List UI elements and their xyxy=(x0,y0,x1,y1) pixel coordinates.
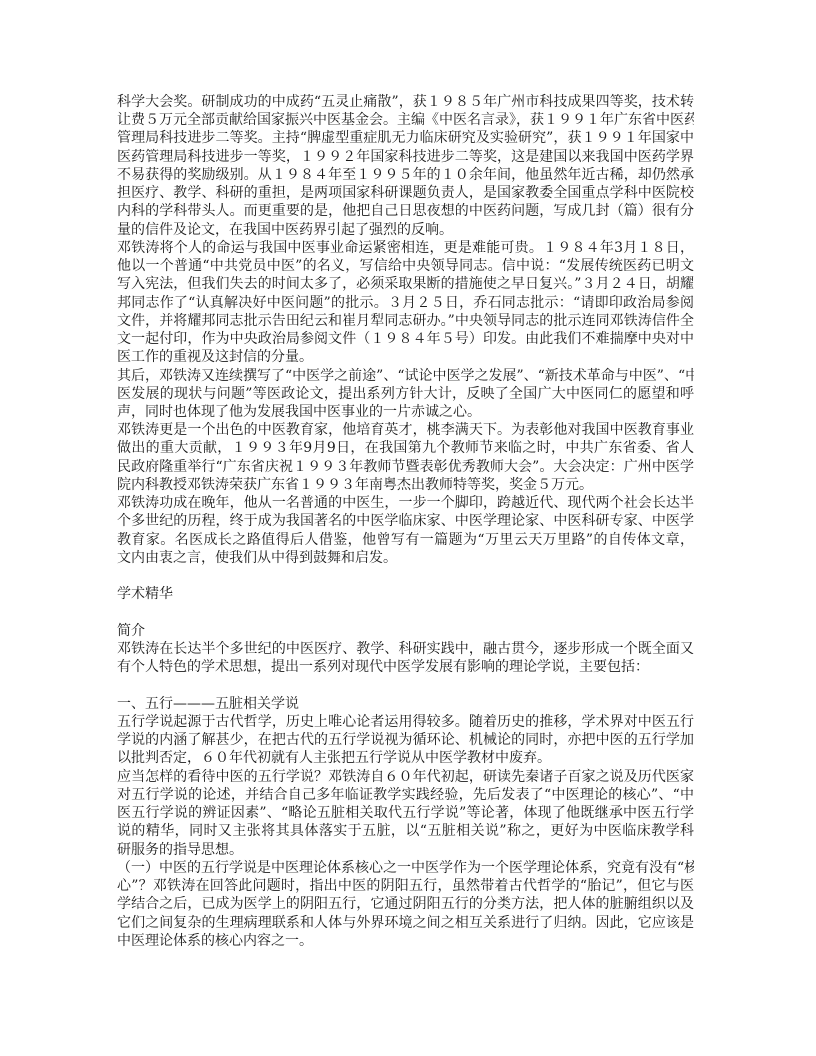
paragraph-wuxing-core: （一）中医的五行学说是中医理论体系核心之一中医学作为一个医学理论体系，究竟有没有… xyxy=(117,859,694,950)
text-line: 民政府隆重举行“广东省庆祝１９９３年教师节暨表彰优秀教师大会”。大会决定：广州中… xyxy=(117,458,694,476)
text-line: 教育家。名医成长之路值得后人借鉴，他曾写有一篇题为“万里云天万里路”的自传体文章… xyxy=(117,531,694,549)
text-line: 医药管理局科技进步一等奖，１９９２年国家科技进步二等奖，这是建国以来我国中医药学… xyxy=(117,148,694,166)
paragraph-wuxing-view: 应当怎样的看待中医的五行学说？邓铁涛自６０年代初起，研读先秦诸子百家之说及历代医… xyxy=(117,768,694,859)
text-line: 邓铁涛更是一个出色的中医教育家，他培育英才，桃李满天下。为表彰他对我国中医教育事… xyxy=(117,421,694,439)
text-line: 邦同志作了“认真解决好中医问题”的批示。３月２５日，乔石同志批示：“请即印政治局… xyxy=(117,294,694,312)
text-line: 研服务的指导思想。 xyxy=(117,841,694,859)
text-line: 医发展的现状与问题”等医政论文，提出系列方针大计，反映了全国广大中医同仁的愿望和… xyxy=(117,385,694,403)
paragraph-late-years: 邓铁涛功成在晚年，他从一名普通的中医生，一步一个脚印，跨越近代、现代两个社会长达… xyxy=(117,494,694,567)
text-line: 医工作的重视及这封信的分量。 xyxy=(117,348,694,366)
text-line: （一）中医的五行学说是中医理论体系核心之一中医学作为一个医学理论体系，究竟有没有… xyxy=(117,859,694,877)
text-line: 声，同时也体现了他为发展我国中医事业的一片赤诚之心。 xyxy=(117,403,694,421)
text-line: 不易获得的奖励级别。从１９８４年至１９９５年的１０余年间，他虽然年近古稀，却仍然… xyxy=(117,166,694,184)
text-line: 以批判否定，６０年代初就有人主张把五行学说从中医学教材中废弃。 xyxy=(117,749,694,767)
text-line: 他以一个普通“中共党员中医”的名义，写信给中央领导同志。信中说：“发展传统医药已… xyxy=(117,257,694,275)
paragraph-wuxing-origin: 五行学说起源于古代哲学，历史上唯心论者运用得较多。随着历史的推移，学术界对中医五… xyxy=(117,713,694,768)
blank-line xyxy=(117,604,694,622)
text-line: 学结合之后，已成为医学上的阴阳五行，它通过阴阳五行的分类方法，把人体的脏腑组织以… xyxy=(117,895,694,913)
text-line: 文内由衷之言，使我们从中得到鼓舞和启发。 xyxy=(117,549,694,567)
text-line: 做出的重大贡献，１９９３年9月9日，在我国第九个教师节来临之时，中共广东省委、省… xyxy=(117,439,694,457)
text-line: 科学大会奖。研制成功的中成药“五灵止痛散”，获１９８５年广州市科技成果四等奖，技… xyxy=(117,93,694,111)
text-line: 个多世纪的历程，终于成为我国著名的中医学临床家、中医学理论家、中医科研专家、中医… xyxy=(117,512,694,530)
text-line: 其后，邓铁涛又连续撰写了“中医学之前途”、“试论中医学之发展”、“新技术革命与中… xyxy=(117,367,694,385)
intro-heading: 简介 xyxy=(117,622,694,640)
text-line: 五行学说起源于古代哲学，历史上唯心论者运用得较多。随着历史的推移，学术界对中医五… xyxy=(117,713,694,731)
text-line: 邓铁涛将个人的命运与我国中医事业命运紧密相连，更是难能可贵。１９８４年3月１８日… xyxy=(117,239,694,257)
text-line: 应当怎样的看待中医的五行学说？邓铁涛自６０年代初起，研读先秦诸子百家之说及历代医… xyxy=(117,768,694,786)
paragraph-intro: 邓铁涛在长达半个多世纪的中医医疗、教学、科研实践中，融古贯今，逐步形成一个既全面… xyxy=(117,640,694,676)
blank-line xyxy=(117,677,694,695)
text-line: 邓铁涛在长达半个多世纪的中医医疗、教学、科研实践中，融古贯今，逐步形成一个既全面… xyxy=(117,640,694,658)
text-line: 文件，并将耀邦同志批示告田纪云和崔月犁同志研办。”中央领导同志的批示连同邓铁涛信… xyxy=(117,312,694,330)
text-line: 学说的内涵了解甚少，在把古代的五行学说视为循环论、机械论的同时，亦把中医的五行学… xyxy=(117,731,694,749)
blank-line xyxy=(117,567,694,585)
text-line: 写入宪法，但我们失去的时间太多了，必须采取果断的措施使之早日复兴。”３月２４日，… xyxy=(117,275,694,293)
paragraph-awards: 科学大会奖。研制成功的中成药“五灵止痛散”，获１９８５年广州市科技成果四等奖，技… xyxy=(117,93,694,239)
text-line: 它们之间复杂的生理病理联系和人体与外界环境之间之相互关系进行了归纳。因此，它应该… xyxy=(117,914,694,932)
text-line: 让费５万元全部贡献给国家振兴中医基金会。主编《中医名言录》，获１９９１年广东省中… xyxy=(117,111,694,129)
text-line: 有个人特色的学术思想，提出一系列对现代中医学发展有影响的理论学说，主要包括： xyxy=(117,658,694,676)
paragraph-educator: 邓铁涛更是一个出色的中医教育家，他培育英才，桃李满天下。为表彰他对我国中医教育事… xyxy=(117,421,694,494)
text-line: 内科的学科带头人。而更重要的是，他把自己日思夜想的中医药问题，写成几封（篇）很有… xyxy=(117,202,694,220)
text-line: 管理局科技进步二等奖。主持“脾虚型重症肌无力临床研究及实验研究”，获１９９１年国… xyxy=(117,129,694,147)
text-line: 量的信件及论文，在我国中医药界引起了强烈的反响。 xyxy=(117,221,694,239)
text-line: 文一起付印，作为中央政治局参阅文件（１９８４年５号）印发。由此我们不难揣摩中央对… xyxy=(117,330,694,348)
paragraph-essays: 其后，邓铁涛又连续撰写了“中医学之前途”、“试论中医学之发展”、“新技术革命与中… xyxy=(117,367,694,422)
text-line: 院内科教授邓铁涛荣获广东省１９９３年南粤杰出教师特等奖，奖金５万元。 xyxy=(117,476,694,494)
paragraph-letter: 邓铁涛将个人的命运与我国中医事业命运紧密相连，更是难能可贵。１９８４年3月１８日… xyxy=(117,239,694,367)
section-title: 学术精华 xyxy=(117,585,694,603)
text-line: 心”？邓铁涛在回答此问题时，指出中医的阴阳五行，虽然带着古代哲学的“胎记”，但它… xyxy=(117,877,694,895)
text-line: 邓铁涛功成在晚年，他从一名普通的中医生，一步一个脚印，跨越近代、现代两个社会长达… xyxy=(117,494,694,512)
text-line: 对五行学说的论述，并结合自己多年临证教学实践经验，先后发表了“中医理论的核心”、… xyxy=(117,786,694,804)
text-line: 医五行学说的辨证因素”、“略论五脏相关取代五行学说”等论著，体现了他既继承中医五… xyxy=(117,804,694,822)
subsection-heading: 一、五行———五脏相关学说 xyxy=(117,695,694,713)
text-line: 说的精华，同时又主张将其具体落实于五脏，以“五脏相关说”称之，更好为中医临床教学… xyxy=(117,822,694,840)
text-line: 担医疗、教学、科研的重担，是两项国家科研课题负责人，是国家教委全国重点学科中医院… xyxy=(117,184,694,202)
text-line: 中医理论体系的核心内容之一。 xyxy=(117,932,694,950)
document-page: 科学大会奖。研制成功的中成药“五灵止痛散”，获１９８５年广州市科技成果四等奖，技… xyxy=(117,93,694,950)
